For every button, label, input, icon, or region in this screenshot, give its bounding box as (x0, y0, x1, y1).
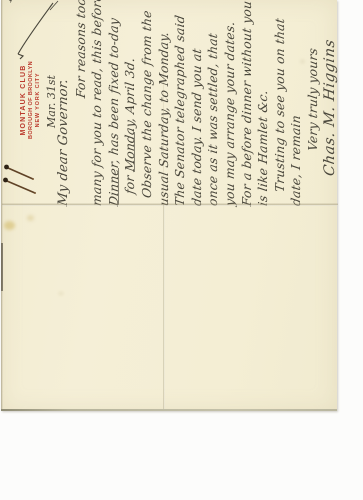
handwriting-line: For a before dinner without you (239, 0, 256, 207)
handwriting-line: date today. I send you at (189, 0, 206, 207)
handwriting-line: Observe the change from the (139, 0, 156, 207)
handwriting-lines: My dear Governor.For reasons toomany for… (56, 0, 348, 206)
handwriting-line: once as it was settled, that (205, 0, 222, 207)
paper-bottom-edge (1, 409, 337, 411)
paper-stain (301, 60, 304, 63)
letterhead-city: NEW YORK CITY (35, 60, 42, 140)
handwriting-line: Dinner, has been fixed to-day (106, 0, 123, 207)
handwriting-line: Very truly yours (305, 0, 322, 207)
handwriting-line: For reasons too (73, 0, 90, 207)
paper-stain (4, 221, 15, 230)
horizontal-fold-crease (2, 203, 338, 206)
handwriting-line: date, I remain (288, 0, 305, 207)
paper-stain (59, 292, 63, 295)
pin-head (3, 178, 8, 183)
paper-stain (27, 215, 34, 221)
letter-scan: 1909 MONTAUK CLUB BOROUGH OF BROOKLYN NE… (0, 0, 363, 500)
handwriting-line: The Senator telegraphed said (172, 0, 189, 207)
vertical-fold-crease (163, 205, 165, 411)
pin-head (4, 165, 9, 170)
pen-flourish-stroke (9, 0, 61, 64)
handwriting-line: many for you to read, this before (89, 0, 106, 207)
handwriting-line: My dear Governor. (56, 0, 73, 207)
handwriting-line: you may arrange your dates. (222, 0, 239, 207)
straight-pins (1, 160, 45, 202)
handwriting-line: for Monday, April 3d. (122, 0, 139, 207)
ink-underline (134, 132, 135, 172)
ink-underline (118, 168, 119, 205)
letterhead-club-name: MONTAUK CLUB (19, 60, 28, 140)
letterhead-borough: BOROUGH OF BROOKLYN (28, 60, 35, 140)
letterhead: MONTAUK CLUB BOROUGH OF BROOKLYN NEW YOR… (19, 60, 43, 140)
handwriting-line: Chas. M. Higgins (322, 0, 339, 207)
handwriting-line: Trusting to see you on that (272, 0, 289, 207)
paper-left-edge-shadow (1, 243, 3, 291)
paper-left-edge (1, 0, 3, 411)
vertical-fold-crease-faint (163, 60, 164, 205)
handwriting-line: is like Hamlet &c. (255, 0, 272, 207)
letter-paper: 1909 MONTAUK CLUB BOROUGH OF BROOKLYN NE… (1, 0, 337, 411)
